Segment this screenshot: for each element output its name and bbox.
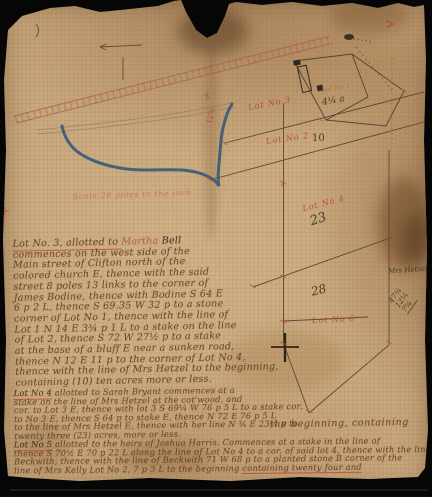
paper-sheet: Lot No 3 Lot No 2 10 Lot No 1 4¼ a Lot N… [0, 0, 432, 497]
edge-vignette [0, 0, 432, 497]
scan-edge-line [10, 489, 428, 491]
scanned-survey-plat: Lot No 3 Lot No 2 10 Lot No 1 4¼ a Lot N… [0, 0, 432, 497]
